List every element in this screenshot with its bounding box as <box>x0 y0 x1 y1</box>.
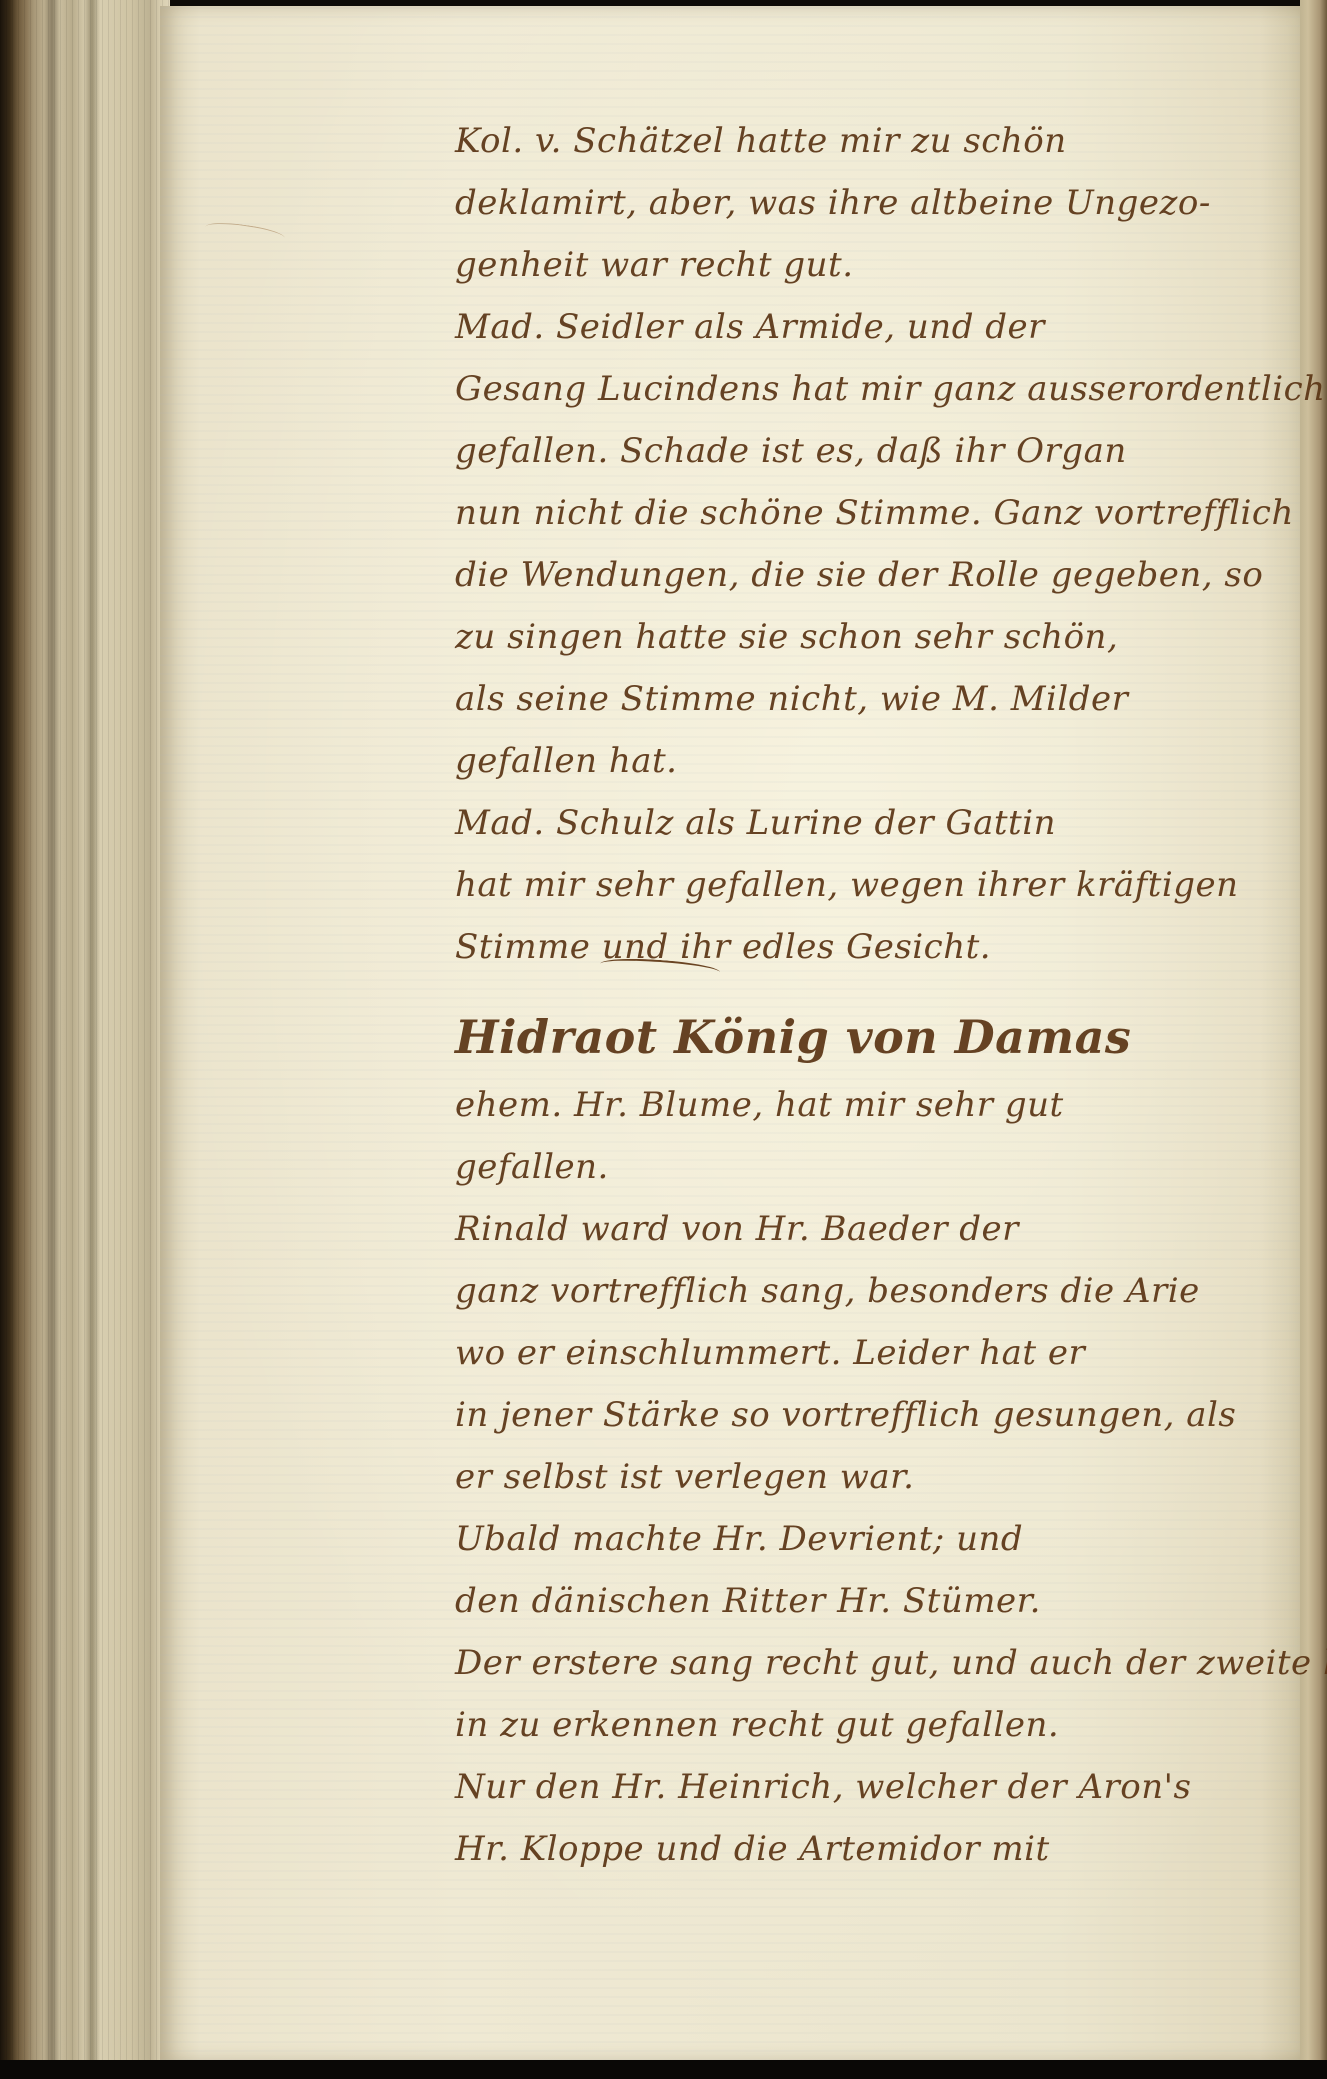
section-heading: Hidraot König von Damas <box>455 1000 1255 1074</box>
text-line: er selbst ist verlegen war. <box>455 1446 1255 1508</box>
text-line: Hr. Kloppe und die Artemidor mit <box>455 1818 1255 1880</box>
text-line: Mad. Seidler als Armide, und der <box>455 296 1255 358</box>
text-line: Stimme und ihr edles Gesicht. <box>455 916 1255 978</box>
text-line: wo er einschlummert. Leider hat er <box>455 1322 1255 1384</box>
text-line: Rinald ward von Hr. Baeder der <box>455 1198 1255 1260</box>
facing-page-edge <box>1300 0 1327 2060</box>
book-scan: Kol. v. Schätzel hatte mir zu schön dekl… <box>0 0 1327 2079</box>
text-line: Gesang Lucindens hat mir ganz ausserorde… <box>455 358 1255 420</box>
scan-background <box>0 2060 1327 2079</box>
text-line: hat mir sehr gefallen, wegen ihrer kräft… <box>455 854 1255 916</box>
text-line: gefallen hat. <box>455 730 1255 792</box>
text-line: genheit war recht gut. <box>455 234 1255 296</box>
text-line: in jener Stärke so vortrefflich gesungen… <box>455 1384 1255 1446</box>
manuscript-text: Kol. v. Schätzel hatte mir zu schön dekl… <box>455 110 1255 1880</box>
text-line: gefallen. Schade ist es, daß ihr Organ <box>455 420 1255 482</box>
text-line: zu singen hatte sie schon sehr schön, <box>455 606 1255 668</box>
text-line: Mad. Schulz als Lurine der Gattin <box>455 792 1255 854</box>
text-line: in zu erkennen recht gut gefallen. <box>455 1694 1255 1756</box>
text-line: Der erstere sang recht gut, und auch der… <box>455 1632 1255 1694</box>
text-line: als seine Stimme nicht, wie M. Milder <box>455 668 1255 730</box>
text-line: gefallen. <box>455 1136 1255 1198</box>
text-line: nun nicht die schöne Stimme. Ganz vortre… <box>455 482 1255 544</box>
text-line: deklamirt, aber, was ihre altbeine Ungez… <box>455 172 1255 234</box>
text-line: Kol. v. Schätzel hatte mir zu schön <box>455 110 1255 172</box>
text-line: Ubald machte Hr. Devrient; und <box>455 1508 1255 1570</box>
text-line: Nur den Hr. Heinrich, welcher der Aron's <box>455 1756 1255 1818</box>
text-line: ehem. Hr. Blume, hat mir sehr gut <box>455 1074 1255 1136</box>
text-line: den dänischen Ritter Hr. Stümer. <box>455 1570 1255 1632</box>
text-line: die Wendungen, die sie der Rolle gegeben… <box>455 544 1255 606</box>
text-line: ganz vortrefflich sang, besonders die Ar… <box>455 1260 1255 1322</box>
page-stack-edge <box>0 0 170 2060</box>
